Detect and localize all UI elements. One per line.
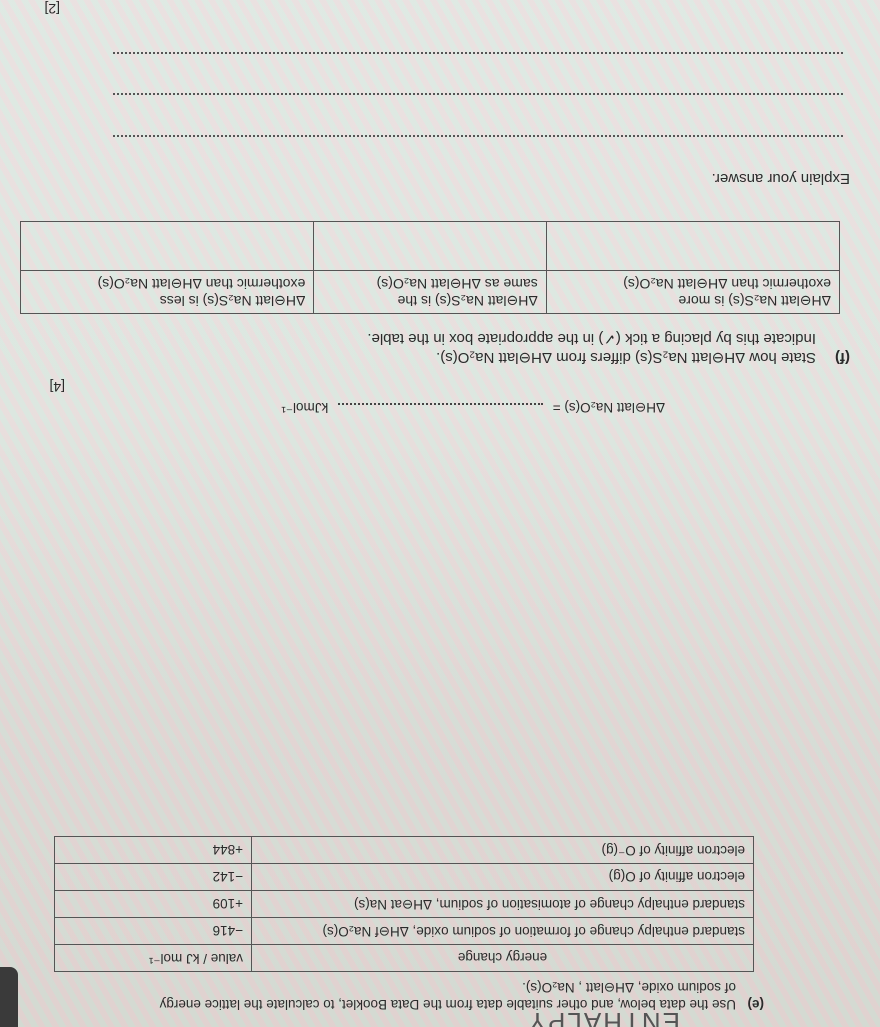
answer-field[interactable] <box>338 403 543 405</box>
energy-change-cell: standard enthalpy change of formation of… <box>252 918 754 945</box>
table-row: electron affinity of O(g) −142 <box>55 864 754 891</box>
exam-page: ENTHALPY (e)Use the data below, and othe… <box>0 0 880 1027</box>
tick-box-more-exothermic[interactable] <box>546 222 839 271</box>
photo-edge <box>0 967 18 1027</box>
answer-line-1[interactable] <box>113 135 843 137</box>
option-more-exothermic: ΔH⊖latt Na₂S(s) is moreexothermic than Δ… <box>546 271 839 314</box>
marks-f: [2] <box>44 1 60 17</box>
question-label: (f) <box>816 348 850 367</box>
table-row: electron affinity of O⁻(g) +844 <box>55 837 754 864</box>
option-line: exothermic than ΔH⊖latt Na₂O(s) <box>29 275 305 292</box>
energy-change-cell: standard enthalpy change of atomisation … <box>252 891 754 918</box>
lattice-energy-answer: ΔH⊖latt Na₂O(s) = kJmol⁻¹ <box>281 399 665 415</box>
question-text-line2: Indicate this by placing a tick (✓) in t… <box>130 329 850 348</box>
value-cell: +844 <box>55 837 252 864</box>
tick-box-row <box>21 222 840 271</box>
question-label: (e) <box>736 996 764 1013</box>
question-text: State how ΔH⊖latt Na₂S(s) differs from Δ… <box>436 349 816 366</box>
question-text: Use the data below, and other suitable d… <box>160 997 736 1012</box>
value-cell: −416 <box>55 918 252 945</box>
marks-e: [4] <box>49 379 65 395</box>
table-header-row: energy change value / kJ mol⁻¹ <box>55 945 754 972</box>
option-line: exothermic than ΔH⊖latt Na₂O(s) <box>555 275 831 292</box>
option-text-row: ΔH⊖latt Na₂S(s) is moreexothermic than Δ… <box>21 271 840 314</box>
option-line: ΔH⊖latt Na₂S(s) is the <box>322 292 537 309</box>
option-less-exothermic: ΔH⊖latt Na₂S(s) is lessexothermic than Δ… <box>21 271 314 314</box>
column-header-value: value / kJ mol⁻¹ <box>55 945 252 972</box>
energy-change-cell: electron affinity of O⁻(g) <box>252 837 754 864</box>
option-line: ΔH⊖latt Na₂S(s) is less <box>29 292 305 309</box>
answer-line-3[interactable] <box>113 52 843 54</box>
page-header-fragment: ENTHALPY <box>527 1013 680 1027</box>
explain-prompt: Explain your answer. <box>712 170 850 187</box>
question-e: (e)Use the data below, and other suitabl… <box>44 979 764 1013</box>
answer-unit: kJmol⁻¹ <box>281 400 328 415</box>
value-cell: +109 <box>55 891 252 918</box>
energy-change-cell: electron affinity of O(g) <box>252 864 754 891</box>
value-cell: −142 <box>55 864 252 891</box>
energy-data-table: energy change value / kJ mol⁻¹ standard … <box>54 836 754 972</box>
table-row: standard enthalpy change of atomisation … <box>55 891 754 918</box>
tick-box-less-exothermic[interactable] <box>21 222 314 271</box>
option-same: ΔH⊖latt Na₂S(s) is thesame as ΔH⊖latt Na… <box>314 271 546 314</box>
answer-line-2[interactable] <box>113 93 843 95</box>
table-row: standard enthalpy change of formation of… <box>55 918 754 945</box>
option-line: same as ΔH⊖latt Na₂O(s) <box>322 275 537 292</box>
question-f: (f)State how ΔH⊖latt Na₂S(s) differs fro… <box>130 329 850 367</box>
tick-box-same[interactable] <box>314 222 546 271</box>
tick-choice-table: ΔH⊖latt Na₂S(s) is moreexothermic than Δ… <box>20 221 840 314</box>
option-line: ΔH⊖latt Na₂S(s) is more <box>555 292 831 309</box>
answer-label: ΔH⊖latt Na₂O(s) = <box>553 400 665 415</box>
column-header-energy-change: energy change <box>252 945 754 972</box>
question-text-line2: of sodium oxide, ΔH⊖latt , Na₂O(s). <box>44 979 764 996</box>
